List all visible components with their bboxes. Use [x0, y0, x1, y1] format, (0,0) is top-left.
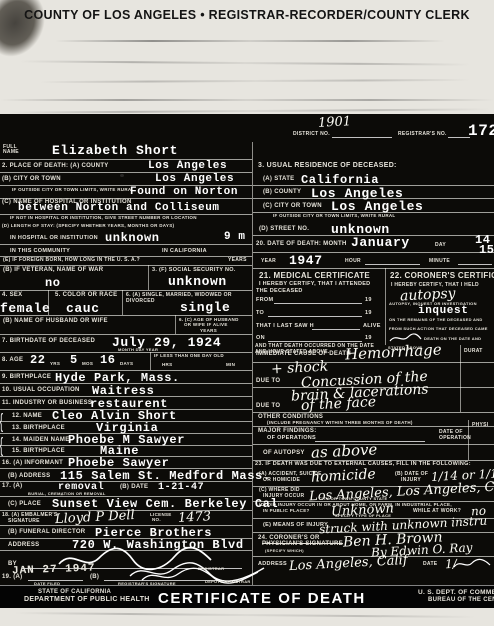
hour-line	[365, 264, 420, 265]
scan-artifact-line-bottom	[15, 612, 475, 618]
birthplace-label: 9. Birthplace	[2, 374, 51, 380]
license-no-value: 1473	[178, 509, 212, 526]
registrar-no-line	[448, 137, 470, 138]
stay-hospital-label: In Hospital or Institution	[10, 235, 98, 241]
footer-federal-line1: U. S. DEPT. OF COMMERCE	[418, 589, 494, 596]
medical-from-label: From	[256, 297, 273, 303]
injury-date-label2: Injury	[401, 477, 421, 483]
medical-to-year: 19	[365, 310, 372, 316]
stay-hospital-note: 9 m	[224, 231, 246, 243]
footer-band: STATE OF CALIFORNIA DEPARTMENT OF PUBLIC…	[0, 585, 494, 608]
autopsy-script: as above	[311, 440, 378, 461]
marital-value: single	[180, 300, 230, 315]
registrar-no-label: Registrar's No.	[398, 131, 447, 137]
certifier-address-script: Los Angeles, Calif	[289, 553, 408, 574]
scan-artifact-line	[55, 40, 445, 42]
minute-label: Minute	[429, 258, 450, 264]
row-death-year: Year 1947 Hour Minute	[253, 252, 494, 269]
community-label: In this Community	[10, 248, 70, 254]
date-filed-row-label: 19. (a)	[2, 574, 22, 580]
medical-on-year: 19	[365, 335, 372, 341]
medical-coroner-divider	[385, 268, 386, 345]
physician-box-label: Physi	[472, 422, 489, 428]
father-name-label: 12. Name	[12, 413, 42, 419]
stay-hospital-value: unknown	[105, 231, 160, 245]
row-birthdate: 7. Birthdate of Deceased July 29, 1924 M…	[0, 334, 252, 353]
sex-value: female	[0, 301, 50, 316]
veteran-value: no	[45, 276, 61, 290]
disposition-date-value: 1-21-47	[158, 482, 204, 493]
age-infant-hint: If less than one day old	[154, 353, 224, 358]
age-hrs-unit: Hrs	[162, 362, 172, 367]
informant-label: 16. (a) Informant	[2, 460, 63, 466]
foreign-label: (e) If foreign born, how long in the U. …	[3, 257, 140, 263]
row-due2: Due to of the face	[253, 399, 494, 413]
informant-address-label: (b) Address	[8, 473, 50, 479]
disposition-label: 17. (a)	[2, 483, 22, 489]
occupation-label: 10. Usual Occupation	[2, 387, 80, 393]
director-address-label: Address	[8, 542, 39, 548]
medical-on-label: On	[256, 335, 265, 341]
race-marital-divider	[122, 290, 123, 315]
medical-saw-line	[312, 329, 360, 330]
residence-city-hint: If outside city or town limits, write ru…	[273, 213, 395, 218]
hospital-hint: If not in hospital or institution, give …	[10, 215, 197, 220]
row-stay-hospital: In Hospital or Institution unknown 9 m	[0, 230, 252, 245]
marital-label2: Divorced	[126, 298, 155, 304]
row-city: (b) City or Town Los Angeles	[0, 172, 252, 186]
row-occupation: 10. Usual Occupation Waitress	[0, 383, 252, 397]
row-informant-address: (b) Address 115 Salem St. Medford Mass.	[0, 468, 252, 482]
medical-from-line	[274, 303, 362, 304]
race-value: cauc	[66, 301, 100, 316]
date-of-death-month: January	[351, 235, 410, 250]
footer-federal-line2: BUREAU OF THE CENSUS	[428, 597, 494, 603]
physician-box-divider	[468, 420, 469, 460]
row-stay-label: (d) Length of Stay: (Specify whether yea…	[0, 222, 252, 230]
page-title: COUNTY OF LOS ANGELES • REGISTRAR-RECORD…	[0, 8, 494, 22]
row-residence-state: (a) State California	[253, 172, 494, 186]
full-name-value: Elizabeth Short	[52, 143, 178, 158]
year-label: Year	[261, 258, 276, 264]
external-kind-script: homicide	[311, 466, 377, 485]
book-year-stamp: 1901	[318, 114, 352, 131]
row-hospital: (c) Name of Hospital or Institution betw…	[0, 198, 252, 215]
birthdate-label: 7. Birthdate of Deceased	[2, 338, 95, 344]
row-sex-race-marital: 4. Sex female 5. Color or Race cauc 6. (…	[0, 290, 252, 316]
hospital-value: between Norton and Colliseum	[18, 202, 220, 214]
license-label2: No.	[152, 517, 161, 522]
due2-label: Due to	[256, 403, 280, 409]
age-infant-divider	[150, 352, 151, 370]
row-external-means: (e) Means of Injury struck with unknown …	[253, 518, 494, 533]
sex-race-divider	[48, 290, 49, 315]
row-birthplace: 9. Birthplace Hyde Park, Mass.	[0, 370, 252, 384]
certifier-address-label: Address	[258, 561, 287, 567]
place-type-label2: in Public Place?	[263, 508, 310, 513]
mother-name-label: 14. Maiden Name	[12, 437, 70, 443]
age-min-unit: Min	[226, 362, 235, 367]
other-conditions-hint: (Include pregnancy within three months o…	[267, 420, 413, 425]
rural-value: Found on Norton	[130, 186, 238, 198]
row-embalmer: 18. (a) Embalmer's Signature Lloyd P Del…	[0, 510, 252, 526]
scan-artifact-line	[0, 99, 494, 101]
residence-city-label: (c) City or Town	[263, 203, 322, 209]
certificate-document: 1901 District No. Registrar's No. 172 Fu…	[0, 114, 494, 608]
row-funeral-director: (b) Funeral Director Pierce Brothers	[0, 525, 252, 539]
scan-artifact-line	[10, 108, 490, 113]
spouse-age-divider	[175, 315, 176, 334]
district-no-line	[332, 137, 392, 138]
row-residence-city: (c) City or Town Los Angeles	[253, 198, 494, 213]
foreign-units: Years	[228, 257, 247, 263]
scan-noise-speck	[420, 374, 423, 377]
due1-label: Due to	[256, 378, 280, 384]
medical-certificate-header: 21. Medical Certificate	[259, 271, 370, 280]
external-where-label2: Injury Occur	[263, 493, 304, 499]
hour-label: Hour	[345, 258, 361, 264]
place-of-death-county: Los Angeles	[148, 160, 227, 172]
minute-line	[458, 264, 492, 265]
row-industry: 11. Industry or Business restaurent	[0, 396, 252, 410]
scanned-death-certificate-page: COUNTY OF LOS ANGELES • REGISTRAR-RECORD…	[0, 0, 494, 626]
deputy-registrar-caption: Deputy Registrar	[205, 579, 251, 584]
residence-state-label: (a) State	[263, 176, 294, 182]
medical-alive-label: alive	[363, 323, 381, 329]
footer-state-line2: DEPARTMENT OF PUBLIC HEALTH	[24, 596, 150, 603]
medical-saw-label: That I last saw h	[256, 323, 314, 329]
funeral-director-label: (b) Funeral Director	[8, 529, 85, 535]
row-place-of-death: 2. Place of Death: (a) County Los Angele…	[0, 159, 252, 173]
sex-label: 4. Sex	[2, 292, 22, 298]
veteran-ssn-divider	[148, 265, 149, 290]
certifier-label2: Physician's Signature	[262, 541, 343, 547]
row-veteran-ssn: (b) If Veteran, Name of War no 3. (f) So…	[0, 265, 252, 291]
residence-street-label: (d) Street No.	[259, 226, 309, 232]
certifier-label-hint: (Specify Which)	[265, 548, 304, 553]
race-label: 5. Color or Race	[55, 292, 117, 298]
date-of-death-label: 20. Date of Death: Month	[256, 241, 347, 247]
day-label: Day	[435, 242, 446, 248]
row-spouse: (b) Name of Husband or Wife 6. (c) Age o…	[0, 315, 252, 335]
spouse-age-units: Years	[200, 328, 217, 333]
industry-label: 11. Industry or Business	[2, 400, 92, 406]
row-residence-street: (d) Street No. unknown	[253, 220, 494, 236]
spouse-age-label2: or Wife if Alive	[184, 322, 228, 327]
row-other-conditions: Other Conditions (Include pregnancy with…	[253, 412, 494, 427]
medical-to-line	[268, 316, 362, 317]
rural-hint: If outside city or town limits, write ru…	[12, 187, 134, 192]
date-filed-b-label: (b)	[90, 574, 99, 580]
residence-header: 3. Usual Residence of Deceased:	[258, 162, 397, 169]
ssn-value: unknown	[168, 274, 227, 289]
medical-to-label: To	[256, 310, 264, 316]
autopsy-label: of Autopsy	[263, 450, 305, 456]
death-year-value: 1947	[289, 253, 323, 268]
row-age: 8. Age 22 Yrs 5 Mos 16 Days If less than…	[0, 352, 252, 371]
duration-label: Durat	[464, 348, 483, 354]
coroner-line4: from such action that deceased came	[389, 326, 488, 331]
stay-label: (d) Length of Stay: (Specify whether yea…	[2, 223, 174, 228]
row-full-name: Full Name Elizabeth Short	[0, 142, 252, 160]
at-work-label: While at Work?	[413, 508, 461, 514]
embalmer-label2: Signature	[8, 518, 40, 524]
row-external-where: (c) Where did Injury Occur Los Angeles, …	[253, 486, 494, 502]
disposition-date-label: (b) Date	[120, 484, 148, 490]
row-autopsy: of Autopsy as above	[253, 444, 494, 461]
operations-label: of Operations	[267, 435, 316, 441]
coroner-certificate-header: 22. Coroner's Certificate	[390, 271, 494, 280]
certifier-date-scribble	[452, 557, 492, 571]
city-label: (b) City or Town	[2, 176, 61, 182]
medical-on-line	[268, 341, 362, 342]
ssn-label: 3. (f) Social Security No.	[152, 267, 236, 273]
district-no-label: District No.	[293, 131, 330, 137]
scan-artifact-line	[40, 79, 470, 83]
disposition-place-label: (c) Place	[8, 501, 41, 507]
age-years-unit: Yrs	[50, 361, 60, 366]
medical-line1: I hereby certify, That I attended	[259, 281, 370, 287]
certificate-of-death-title: CERTIFICATE OF DEATH	[158, 590, 366, 607]
row-rural: If outside city or town limits, write ru…	[0, 185, 252, 199]
immediate-cause-script1: Hemorrhage	[345, 340, 442, 363]
age-days: 16	[100, 353, 116, 367]
row-residence-header: 3. Usual Residence of Deceased:	[253, 160, 494, 172]
immediate-cause-label: Immediate Cause of Death	[256, 351, 351, 357]
medical-from-year: 19	[365, 297, 372, 303]
mother-birthplace-label: 15. Birthplace	[12, 448, 65, 454]
scan-noise-speck	[60, 494, 63, 496]
registrar-no-value: 172	[468, 122, 494, 140]
veteran-label: (b) If Veteran, Name of War	[3, 267, 103, 273]
scan-artifact-line	[20, 60, 470, 65]
age-months-unit: Mos	[82, 361, 93, 366]
place-of-death-label: 2. Place of Death: (a) County	[2, 163, 109, 169]
coroner-line3: on the remains of the deceased and	[389, 317, 483, 322]
row-residence-city-hint: If outside city or town limits, write ru…	[253, 212, 494, 220]
row-certifier-signature: 24. Coroner's or Physician's Signature (…	[253, 532, 494, 557]
row-date-of-death: 20. Date of Death: Month January Day 14 …	[253, 235, 494, 253]
age-years: 22	[30, 353, 46, 367]
external-kind-label2: or Homicide	[263, 477, 300, 483]
full-name-label: Full Name	[3, 145, 23, 155]
scan-noise-speck	[120, 174, 124, 177]
row-hospital-hint: If not in hospital or institution, give …	[0, 214, 252, 222]
medical-line2: the deceased	[256, 288, 303, 294]
city-value: Los Angeles	[155, 173, 234, 185]
disposition-place-value: Sunset View Cem. Berkeley Cal	[52, 497, 278, 511]
row-residence-county: (b) County Los Angeles	[253, 185, 494, 199]
duration-box-divider	[460, 345, 461, 412]
operation-date-label2: Operation	[439, 435, 471, 441]
residence-county-label: (b) County	[263, 189, 301, 195]
certifier-date-label: Date	[423, 561, 437, 567]
footer-state-line1: STATE OF CALIFORNIA	[38, 589, 111, 595]
spouse-label: (b) Name of Husband or Wife	[3, 318, 108, 324]
due2-script: of the face	[301, 394, 377, 414]
community-note: In California	[162, 248, 207, 254]
age-months: 5	[70, 353, 78, 367]
major-findings-label: Major Findings:	[258, 428, 317, 434]
row-disposition: 17. (a) removal Burial, Cremation or Rem…	[0, 481, 252, 497]
age-days-unit: Days	[120, 361, 133, 366]
age-label: 8. Age	[2, 357, 23, 363]
coroner-inquest-value: inquest	[418, 305, 468, 317]
father-birthplace-label: 13. Birthplace	[12, 425, 65, 431]
